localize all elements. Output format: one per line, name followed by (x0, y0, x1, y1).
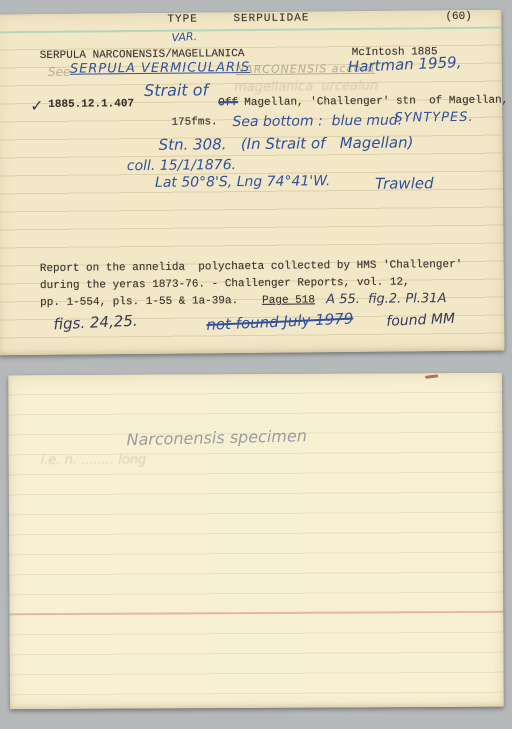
handwritten-figure-ref: A 55. fig.2. Pl.31A (326, 291, 446, 307)
handwritten-var-annotation: VAR. (171, 30, 197, 45)
reference-line-2: during the yeras 1873-76. - Challenger R… (40, 276, 410, 293)
checkmark-annotation: ✓ (30, 96, 44, 115)
handwritten-strait-of: Strait of (144, 80, 208, 100)
handwritten-synonym: SERPULA VERMICULARIS (70, 60, 250, 77)
handwritten-trawled: Trawled (375, 174, 434, 193)
card-header-family: SERPULIDAE (233, 12, 309, 26)
pencil-narconensis-specimen: Narconensis specimen (126, 426, 307, 449)
card-number: (60) (445, 11, 472, 24)
typed-off-struck: Off (218, 97, 238, 110)
handwritten-hartman: Hartman 1959, (348, 53, 462, 76)
pencil-erased-note: i.e. n. ........ long (41, 453, 147, 469)
reference-line-3: pp. 1-554, pls. 1-55 & 1a-39a. (40, 295, 238, 310)
pencil-see: See (48, 65, 71, 79)
typed-depth: 175fms. (171, 116, 217, 129)
handwritten-figs: figs. 24,25. (53, 312, 138, 334)
index-card-bottom: Narconensis specimen i.e. n. ........ lo… (8, 373, 504, 710)
registration-number: 1885.12.1.407 (48, 98, 134, 112)
card-header-type: TYPE (167, 13, 198, 26)
handwritten-latlong: Lat 50°8'S, Lng 74°41'W. (155, 173, 330, 191)
pencil-erased-ghost: magellanica urcealun (234, 79, 378, 95)
handwritten-not-found-struck: not found July 1979 (206, 309, 354, 334)
handwritten-syntypes: SYNTYPES. (394, 110, 473, 126)
handwritten-found: found MM (386, 311, 455, 330)
handwritten-coll-date: coll. 15/1/1876. (127, 157, 236, 174)
reference-page: Page 518 (262, 294, 315, 308)
reference-line-1: Report on the annelida polychaeta collec… (40, 259, 463, 276)
handwritten-sea-bottom: Sea bottom : blue mud. (232, 113, 402, 131)
typed-locality: Magellan, 'Challenger' stn of Magellan, (244, 95, 508, 111)
green-ruled-line (0, 27, 502, 34)
handwritten-station: Stn. 308. (In Strait of Magellan) (159, 133, 414, 153)
pink-ruled-line (9, 611, 503, 616)
red-ink-smudge (425, 374, 438, 378)
index-card-top: TYPE SERPULIDAE (60) VAR. SERPULA NARCON… (0, 10, 505, 356)
